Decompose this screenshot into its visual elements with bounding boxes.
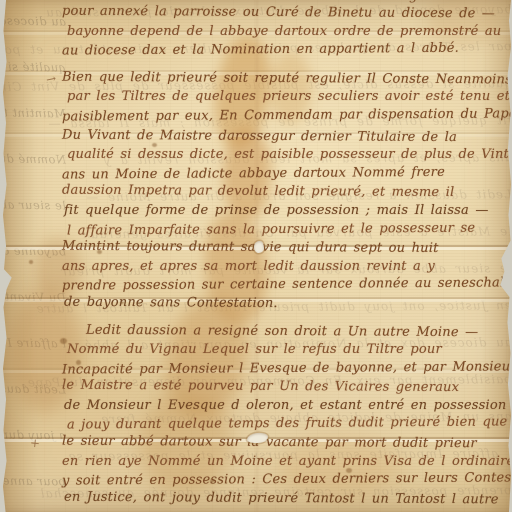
paragraph-bien-que-clause: Bien que ledit prieuré soit reputé regul…	[62, 70, 502, 126]
paragraph-du-vivant-clause: Du Vivant de Maistre darossegur dernier …	[62, 128, 502, 314]
ink-speck	[29, 260, 33, 264]
ink-bleedthrough-fragment: au diocese dax	[4, 13, 66, 28]
ink-bleedthrough-fragment: Ledit daussion	[4, 381, 66, 396]
manuscript-line: Bien que ledit prieuré soit reputé regul…	[62, 68, 502, 89]
manuscript-line: paisiblement par eux, En Commendam par d…	[62, 105, 502, 127]
manuscript-line: pour annexé la parroisse ou Curé de Bine…	[62, 3, 502, 24]
manuscript-line: Maintint toujours durant sa vie qui dura…	[62, 238, 502, 259]
ink-bleedthrough-fragment: bayonne depend	[4, 243, 66, 258]
ink-bleedthrough-fragment: le sieur abbé	[4, 197, 66, 212]
paragraph-resignation-clause: Ledit daussion a resigné son droit a Un …	[62, 323, 502, 509]
manuscript-line: en Justice, ont jouy dudit prieuré Tanto…	[64, 489, 502, 510]
ink-bleedthrough-fragment: pour annexé la	[4, 473, 66, 488]
manuscript-line: au diocese dax et la Nomination en appar…	[62, 40, 502, 62]
manuscript-line: qualité si dessus dicte, est paisible po…	[67, 146, 502, 165]
manuscript-line: ans apres, et apres sa mort ledit daussi…	[62, 258, 502, 277]
manuscript-line: le sieur abbé dartoux sur la vacante par…	[62, 433, 502, 454]
manuscript-line: par les Tiltres de quelques prieurs secu…	[67, 88, 502, 107]
manuscript-line: Du Vivant de Maistre darossegur dernier …	[62, 126, 502, 147]
ink-bleedthrough-fragment: Maintint toujo	[4, 105, 66, 120]
manuscript-paper: bayonne depend de l abbaye dartoux ordre…	[2, 0, 512, 512]
manuscript-line: Ledit daussion a resigné son droit a Un …	[86, 321, 502, 342]
paragraph-annexe-clause: pour annexé la parroisse ou Curé de Bine…	[62, 4, 502, 60]
manuscript-line: daussion Impetra par devolut ledit prieu…	[62, 182, 502, 203]
ink-bleedthrough-fragment: l affaire Impa	[4, 335, 66, 350]
ink-bleedthrough-fragment: Du Vivant de M	[4, 289, 66, 304]
manuscript-text: pour annexé la parroisse ou Curé de Bine…	[62, 4, 502, 508]
marginal-annotation-mark-icon: →	[45, 71, 58, 87]
manuscript-line: fit quelque forme de prinse de possessio…	[64, 202, 502, 221]
manuscript-photo: bayonne depend de l abbaye dartoux ordre…	[0, 0, 512, 512]
manuscript-line: en rien aye Nommé un Moine et ayant prin…	[62, 453, 502, 472]
manuscript-line: de bayonne sans Contestation.	[64, 294, 502, 315]
ink-bleedthrough-fragment: Nommé du V	[4, 151, 66, 166]
manuscript-line: Nommé du Vignau Lequel sur le refus du T…	[67, 341, 502, 360]
ink-bleedthrough-fragment: a jouy durant	[4, 427, 66, 442]
ink-bleedthrough-fragment: qualité si des	[4, 59, 66, 74]
manuscript-line: le Maistre a esté pourveu par Un des Vic…	[62, 377, 502, 398]
marginal-annotation-mark-icon: +	[29, 436, 40, 451]
manuscript-line: bayonne depend de l abbaye dartoux ordre…	[67, 23, 502, 42]
manuscript-line: de Monsieur l Evesque d oleron, et estan…	[64, 397, 502, 416]
